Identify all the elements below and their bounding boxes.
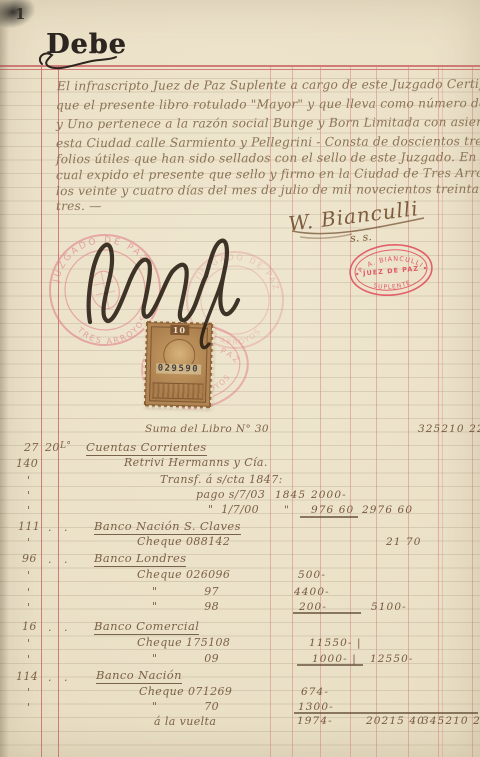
stamp-text-top: JUZGADO DE PAZ: [44, 227, 151, 287]
certificate-line: cual expido el presente que sello y firm…: [56, 166, 480, 182]
total-rule: [300, 516, 358, 518]
ledger-amount: 500-: [298, 569, 326, 581]
certificate-line: que el presente libro rotulado "Mayor" y…: [56, 96, 480, 113]
page-number: 1: [15, 5, 25, 23]
ledger-folio: ': [27, 474, 30, 487]
ledger-day: .: [48, 621, 52, 634]
ledger-subtotal: 21 70: [386, 536, 422, 548]
ledger-day: 20: [45, 441, 60, 454]
ledger-ref: ": [284, 504, 290, 516]
ledger-day: .: [48, 521, 52, 534]
certificate-line: folios útiles que han sido sellados con …: [56, 150, 480, 166]
revenue-stamp-ornament: [152, 382, 203, 399]
certificate-line: tres. —: [56, 199, 102, 213]
ledger-desc: " 09: [152, 652, 219, 665]
ledger-amount: 11550- |: [309, 637, 362, 649]
ledger-account: Banco Londres: [94, 551, 186, 567]
ledger-desc: Cheque 071269: [139, 685, 232, 698]
ledger-folio: 16: [22, 620, 37, 633]
stamp-text-name: P. A. BIANCULLI: [356, 252, 426, 275]
ledger-folio: 140: [16, 457, 38, 470]
stamp-text-bottom: TRES ARROYOS: [74, 311, 154, 353]
ledger-amount: 325210 22: [418, 423, 480, 435]
ledger-subtotal: 5100-: [371, 601, 407, 613]
ledger-desc: Transf. á s/cta 1847:: [160, 473, 283, 486]
ledger-desc: Cheque 175108: [137, 636, 230, 649]
ledger-symbol: .: [64, 621, 68, 634]
ledger-folio: ': [27, 536, 30, 549]
svg-text:SUPLENTE: SUPLENTE: [372, 279, 412, 292]
stamp-text-top: JUZGADO DE PAZ: [193, 247, 286, 295]
ledger-subtotal: 12550-: [370, 653, 414, 665]
ledger-desc: " 70: [152, 700, 219, 713]
ledger-amount: 4400-: [294, 586, 330, 598]
ledger-day: .: [48, 671, 52, 684]
ledger-folio: ': [27, 637, 30, 650]
binding-shadow: [0, 0, 9, 757]
ledger-desc: Cheque 088142: [137, 535, 230, 548]
ledger-desc: Retrivi Hermanns y Cía.: [124, 456, 268, 469]
ledger-folio: ': [27, 586, 30, 599]
judge-signature: W. Bianculli: [287, 196, 420, 236]
total-rule: [294, 712, 478, 714]
ledger-folio: ': [27, 686, 30, 699]
revenue-stamp: 10 029590: [144, 321, 213, 408]
ledger-carry-label: á la vuelta: [154, 715, 216, 728]
revenue-stamp-serial: 029590: [156, 363, 202, 374]
signature-note: s. s.: [349, 230, 372, 245]
svg-text:JUZGADO DE PAZ: JUZGADO DE PAZ: [193, 247, 286, 295]
page-title: Debe: [46, 29, 127, 60]
ledger-folio: 96: [22, 552, 37, 565]
ledger-amount: 674-: [301, 686, 329, 698]
certificate-line: El infrascripto Juez de Paz Suplente a c…: [57, 77, 480, 93]
svg-text:P. A. BIANCULLI: P. A. BIANCULLI: [356, 252, 426, 275]
ledger-desc: " 1/7/00: [208, 503, 259, 516]
certificate-line: esta Ciudad calle Sarmiento y Pellegrini…: [56, 134, 480, 151]
stamp-text-role: SUPLENTE: [372, 279, 412, 292]
ledger-desc: Suma del Libro N° 30: [145, 423, 269, 435]
ledger-desc: pago s/7/03: [196, 488, 265, 501]
total-rule: [297, 664, 363, 666]
ledger-amount: 976 60: [311, 504, 354, 516]
ledger-folio: ': [27, 569, 30, 582]
certificate-line: y Uno pertenece a la razón social Bunge …: [56, 115, 480, 131]
judge-oval-stamp: P. A. BIANCULLI JUEZ DE PAZ SUPLENTE: [348, 242, 434, 299]
ledger-total: 345210 22: [422, 715, 480, 727]
ledger-account: Cuentas Corrientes: [86, 440, 207, 456]
ledger-folio: 27: [24, 441, 39, 454]
ledger-symbol: .: [64, 553, 68, 566]
ledger-amount: 2000-: [311, 489, 347, 501]
ledger-symbol: .: [64, 671, 68, 684]
ledger-symbol: .: [64, 521, 68, 534]
ledger-subtotal: 20215 40: [366, 715, 425, 727]
ledger-folio: ': [27, 701, 30, 714]
ledger-folio: ': [27, 601, 30, 614]
ledger-account: Banco Comercial: [94, 619, 199, 635]
ledger-folio: 114: [16, 670, 38, 683]
ledger-day: .: [48, 553, 52, 566]
ledger-account: Banco Nación S. Claves: [94, 519, 241, 535]
margin-rule: [41, 66, 42, 757]
ledger-folio: 111: [18, 520, 40, 533]
ledger-folio: ': [27, 653, 30, 666]
ledger-ref: 1845: [275, 489, 306, 501]
ledger-page-scan: 1 Debe El infrascripto Juez de Paz Suple…: [0, 0, 480, 757]
ledger-desc: Cheque 026096: [137, 568, 230, 581]
ledger-desc: " 97: [152, 585, 219, 598]
ledger-account: Banco Nación: [96, 668, 182, 684]
svg-text:TRES ARROYOS: TRES ARROYOS: [74, 311, 154, 353]
total-rule: [293, 612, 361, 614]
revenue-stamp-denomination: 10: [170, 325, 189, 335]
ledger-folio: ': [27, 489, 30, 502]
ledger-subtotal: 2976 60: [362, 504, 413, 516]
ledger-desc: " 98: [152, 600, 219, 613]
ledger-amount: 1974-: [297, 715, 333, 727]
stamp-text-title: JUEZ DE PAZ: [362, 265, 420, 278]
svg-text:JUZGADO DE PAZ: JUZGADO DE PAZ: [44, 227, 151, 287]
ledger-symbol: L°: [60, 441, 71, 451]
ledger-folio: ': [27, 504, 30, 517]
